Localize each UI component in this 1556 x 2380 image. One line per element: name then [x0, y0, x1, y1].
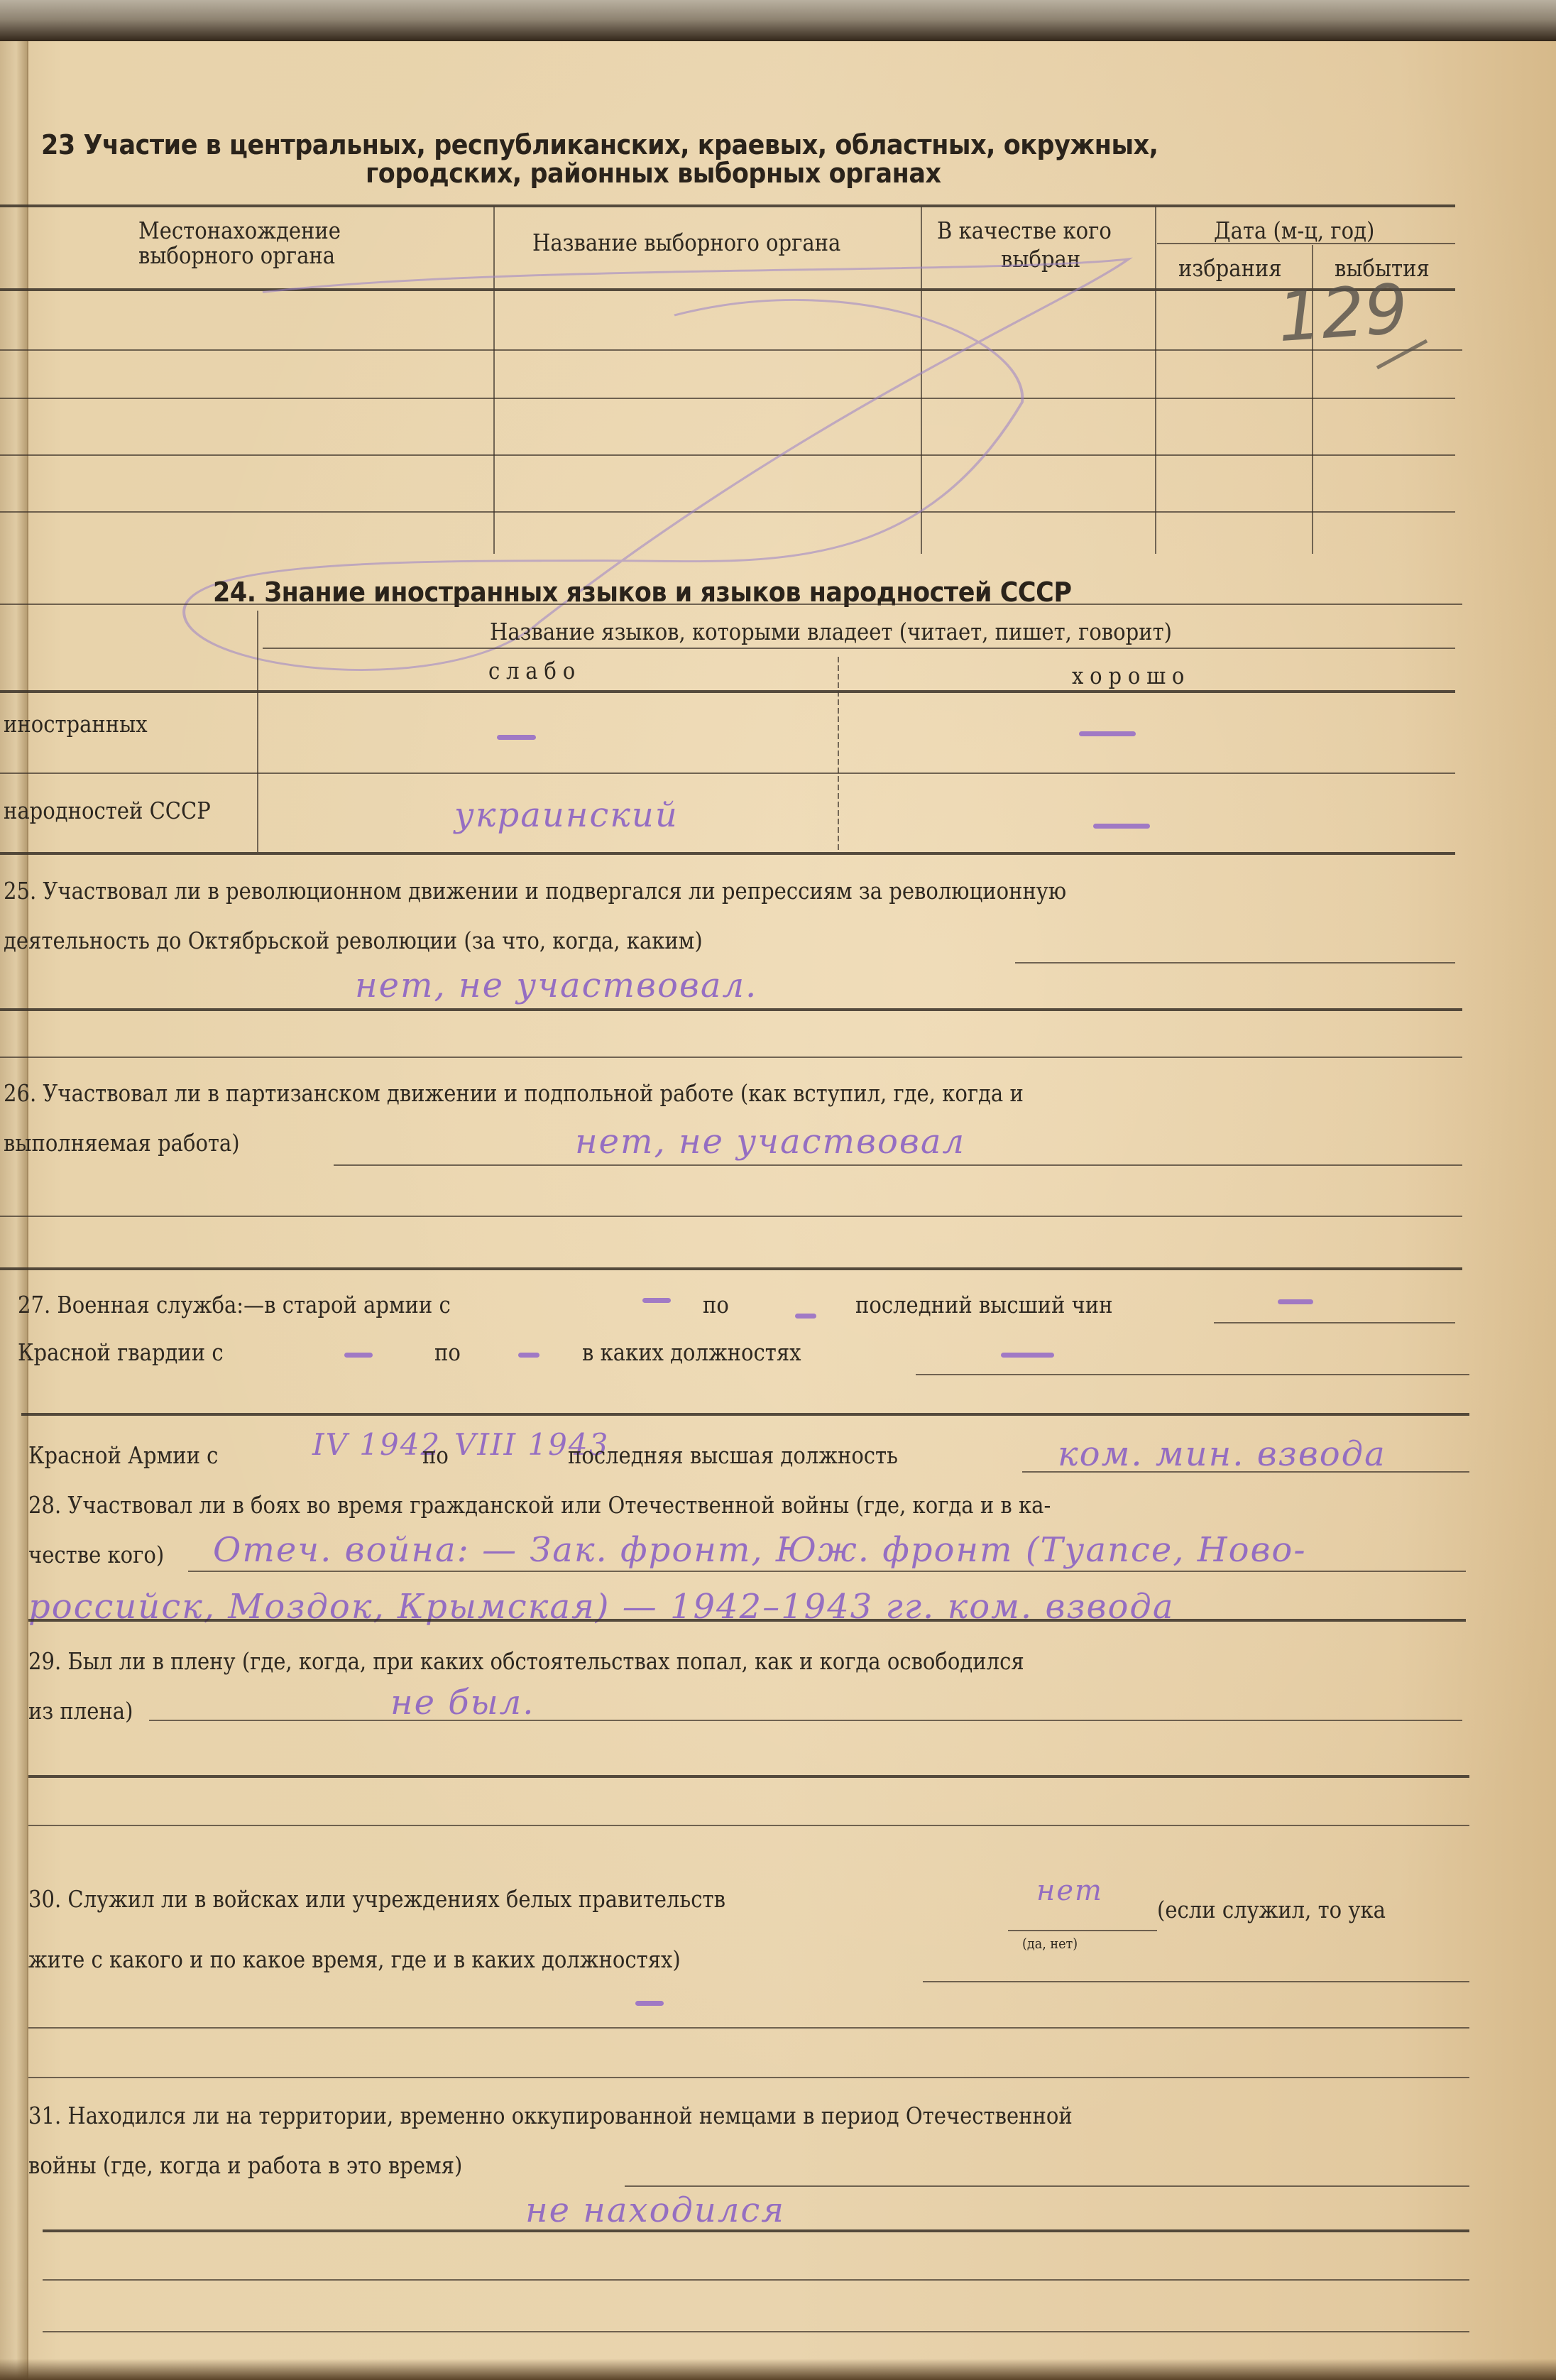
answer-line: [28, 2027, 1469, 2029]
answer-line: [43, 2279, 1469, 2281]
languages-header: Название языков, которыми владеет (читае…: [490, 618, 1172, 645]
answer-line: [1022, 1471, 1469, 1473]
col-date-elected-header: избрания: [1178, 254, 1282, 282]
section-30-detail-dash: [635, 2001, 664, 2006]
answer-line: [1214, 1322, 1455, 1323]
good-foreign-dash: [1079, 731, 1136, 736]
section-29-question-line2: из плена): [28, 1697, 133, 1725]
section-25-question-line2: деятельность до Октябрьской революции (з…: [4, 927, 703, 954]
col-good-header: хорошо: [1072, 662, 1190, 689]
answer-line: [1015, 962, 1455, 964]
date-subheader-divider: [1157, 243, 1455, 244]
red-guard-pos-label: в каких должностях: [582, 1338, 801, 1366]
col-location-header-2: выборного органа: [138, 241, 335, 269]
red-army-from: IV 1942: [312, 1427, 441, 1462]
table-24-col-divider: [838, 657, 839, 852]
table-23-row-line: [0, 349, 1462, 351]
section-30-question-line1-cont: (если служил, то ука: [1157, 1896, 1386, 1923]
old-army-to-label: по: [703, 1291, 729, 1319]
red-army-label: Красной Армии с: [28, 1441, 218, 1469]
section-26-answer: нет, не участвовал: [575, 1122, 965, 1162]
section-25-question-line1: 25. Участвовал ли в революционном движен…: [4, 877, 1066, 905]
table-24-bottom-border: [0, 852, 1455, 855]
answer-line: [0, 1008, 1462, 1011]
red-guard-to-dash: [518, 1353, 539, 1358]
red-guard-to-label: по: [434, 1338, 461, 1366]
answer-line: [28, 2077, 1469, 2078]
old-army-label: 27. Военная служба:—в старой армии с: [18, 1291, 451, 1319]
good-ussr-dash: [1093, 824, 1150, 829]
old-army-from-dash: [642, 1298, 671, 1303]
red-army-to-label: по: [422, 1441, 449, 1469]
col-role-header-2: выбран: [1001, 245, 1080, 273]
table-24-col-divider: [257, 611, 258, 852]
handwritten-page-number: 129: [1275, 269, 1410, 358]
answer-line: [28, 1775, 1469, 1778]
col-role-header-1: В качестве кого: [937, 217, 1112, 244]
scan-bottom-shadow: [0, 2359, 1556, 2380]
answer-line: [43, 2229, 1469, 2232]
table-23-header-border: [0, 288, 1455, 291]
table-24-top-border: [0, 604, 1462, 605]
scanner-background: [0, 0, 1556, 43]
table-24-subheader-border: [263, 648, 1455, 649]
answer-line: [923, 1981, 1469, 1982]
section-28-answer-line1: Отеч. война: — Зак. фронт, Юж. фронт (Ту…: [213, 1530, 1307, 1570]
answer-line: [28, 1825, 1469, 1826]
table-24-row-line: [0, 773, 1455, 774]
answer-line: [28, 1619, 1466, 1622]
section-31-answer: не находился: [525, 2190, 785, 2230]
section-30-question-line1: 30. Служил ли в войсках или учреждениях …: [28, 1885, 725, 1913]
table-23-col-divider: [1155, 206, 1156, 554]
col-weak-header: слабо: [488, 657, 581, 684]
table-23-top-border: [0, 204, 1455, 207]
answer-line: [625, 2185, 1469, 2187]
old-army-to-dash: [795, 1314, 816, 1319]
section-23-title-line1: 23 Участие в центральных, республикански…: [41, 129, 1158, 160]
yes-no-hint: (да, нет): [1022, 1935, 1078, 1952]
section-30-yes-no-answer: нет: [1036, 1874, 1103, 1907]
page-binding-edge: [0, 41, 28, 2380]
answer-line: [43, 2331, 1469, 2332]
col-name-header: Название выборного органа: [532, 229, 840, 256]
section-26-question-line2: выполняемая работа): [4, 1129, 240, 1157]
col-location-header-1: Местонахождение: [138, 217, 341, 244]
red-guard-from-dash: [344, 1353, 373, 1358]
table-23-row-line: [0, 454, 1455, 456]
weak-ussr-answer: украинский: [454, 795, 679, 835]
table-23-col-divider: [921, 206, 922, 554]
section-29-question-line1: 29. Был ли в плену (где, когда, при каки…: [28, 1647, 1024, 1675]
old-army-rank-label: последний высший чин: [855, 1291, 1112, 1319]
answer-line: [149, 1720, 1462, 1721]
col-date-header: Дата (м-ц, год): [1214, 217, 1374, 244]
section-23-title-line2: городских, районных выборных органах: [366, 158, 941, 189]
document-page: [0, 41, 1556, 2380]
section-25-answer: нет, не участвовал.: [355, 966, 757, 1005]
red-army-pos: ком. мин. взвода: [1058, 1434, 1386, 1474]
red-guard-label: Красной гвардии с: [18, 1338, 224, 1366]
old-army-rank-dash: [1278, 1299, 1313, 1304]
table-23-col-divider: [493, 206, 495, 554]
section-31-question-line1: 31. Находился ли на территории, временно…: [28, 2102, 1073, 2129]
section-30-question-line2: жите с какого и по какое время, где и в …: [28, 1945, 681, 1973]
red-guard-pos-dash: [1001, 1353, 1054, 1358]
section-31-question-line2: войны (где, когда и работа в это время): [28, 2151, 462, 2179]
answer-line: [0, 1057, 1462, 1058]
answer-line: [0, 1216, 1462, 1217]
section-29-answer: не был.: [390, 1683, 535, 1723]
answer-line: [334, 1164, 1462, 1166]
section-26-question-line1: 26. Участвовал ли в партизанском движени…: [4, 1079, 1024, 1107]
answer-line: [916, 1374, 1469, 1375]
table-23-row-line: [0, 511, 1455, 513]
answer-line: [0, 1267, 1462, 1270]
answer-line: [188, 1571, 1466, 1572]
row-label-foreign: иностранных: [4, 710, 148, 738]
red-army-pos-label: последняя высшая должность: [568, 1441, 898, 1469]
section-28-question-line1: 28. Участвовал ли в боях во время гражда…: [28, 1491, 1051, 1519]
answer-line: [1008, 1930, 1157, 1931]
weak-foreign-dash: [497, 735, 536, 740]
table-24-header-border: [0, 690, 1455, 693]
row-label-ussr-nationalities: народностей СССР: [4, 797, 211, 824]
section-28-question-line2: честве кого): [28, 1541, 164, 1568]
answer-line: [21, 1413, 1469, 1416]
table-23-row-line: [0, 398, 1455, 399]
